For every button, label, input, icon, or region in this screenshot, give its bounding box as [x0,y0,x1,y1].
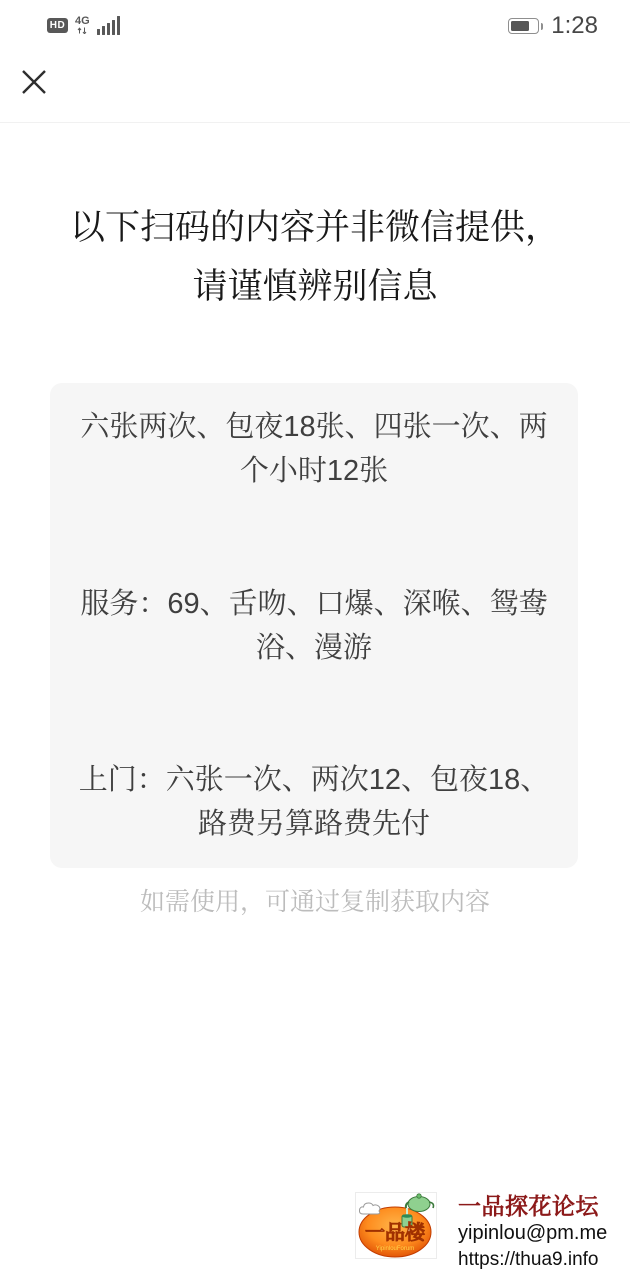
hd-icon: HD [47,18,68,33]
scan-result-screen: HD 4G 1:28 [0,0,630,1280]
forum-watermark: 一品楼 YipinlouForum 一品探花论坛 yipinlou@pm.me … [355,1192,607,1272]
scanned-paragraph: 六张两次、包夜18张、四张一次、两个小时12张 [78,405,550,493]
warning-line-2: 请谨慎辨别信息 [30,257,600,316]
logo-subtext: YipinlouForum [376,1246,414,1252]
watermark-text: 一品探花论坛 yipinlou@pm.me https://thua9.info [458,1192,607,1272]
logo-text: 一品楼 [365,1220,426,1244]
copy-hint-text: 如需使用，可通过复制获取内容 [0,882,630,918]
network-label: 4G [75,16,90,27]
network-4g-icon: 4G [75,16,90,36]
battery-icon [508,18,539,34]
warning-text: 以下扫码的内容并非微信提供， 请谨慎辨别信息 [30,198,600,316]
status-bar-right: 1:28 [508,12,598,40]
scanned-paragraph: 上门：六张一次、两次12、包夜18、路费另算路费先付 [78,758,550,846]
status-time: 1:28 [551,12,598,40]
scanned-content-box: 六张两次、包夜18张、四张一次、两个小时12张 服务：69、舌吻、口爆、深喉、鸳… [50,383,578,868]
forum-email: yipinlou@pm.me [458,1221,607,1245]
scanned-paragraph: 服务：69、舌吻、口爆、深喉、鸳鸯浴、漫游 [78,582,550,670]
status-bar: HD 4G 1:28 [0,0,630,45]
close-icon [19,67,49,97]
close-button[interactable] [16,64,52,100]
forum-url: https://thua9.info [458,1248,607,1272]
updown-arrows-icon [77,27,87,36]
forum-name: 一品探花论坛 [458,1193,607,1220]
warning-line-1: 以下扫码的内容并非微信提供， [30,198,600,257]
status-bar-left: HD 4G [47,16,120,36]
header-divider [0,122,630,123]
signal-icon [95,16,120,35]
yipinlou-logo: 一品楼 YipinlouForum [355,1192,437,1259]
